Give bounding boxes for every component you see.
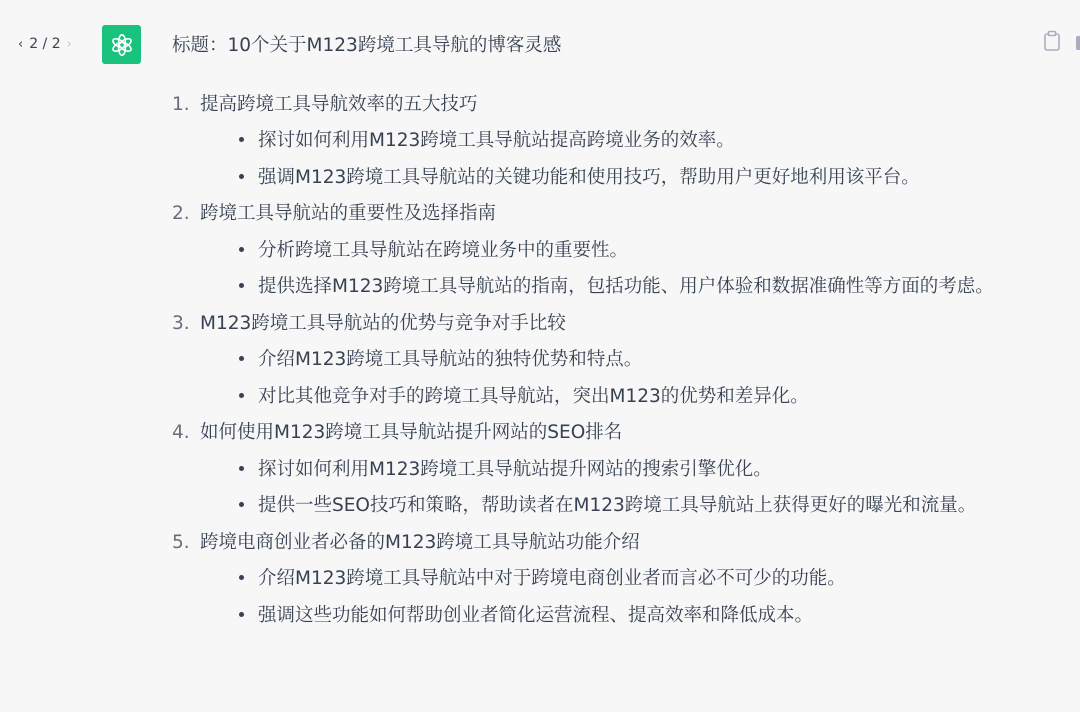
topic-number: 2. bbox=[172, 196, 190, 233]
topic-points: 探讨如何利用M123跨境工具导航站提升网站的搜索引擎优化。 提供一些SEO技巧和… bbox=[200, 452, 1032, 525]
topic-point: 提供选择M123跨境工具导航站的指南，包括功能、用户体验和数据准确性等方面的考虑… bbox=[230, 269, 1032, 306]
topic-item: 4. 如何使用M123跨境工具导航站提升网站的SEO排名 探讨如何利用M123跨… bbox=[172, 415, 1032, 525]
topic-heading: 如何使用M123跨境工具导航站提升网站的SEO排名 bbox=[200, 415, 1032, 452]
topic-point: 提供一些SEO技巧和策略，帮助读者在M123跨境工具导航站上获得更好的曝光和流量… bbox=[230, 488, 1032, 525]
topic-points: 介绍M123跨境工具导航站的独特优势和特点。 对比其他竞争对手的跨境工具导航站，… bbox=[200, 342, 1032, 415]
topic-item: 2. 跨境工具导航站的重要性及选择指南 分析跨境工具导航站在跨境业务中的重要性。… bbox=[172, 196, 1032, 306]
topic-point: 强调这些功能如何帮助创业者简化运营流程、提高效率和降低成本。 bbox=[230, 598, 1032, 635]
topic-heading: 跨境工具导航站的重要性及选择指南 bbox=[200, 196, 1032, 233]
topic-item: 1. 提高跨境工具导航效率的五大技巧 探讨如何利用M123跨境工具导航站提高跨境… bbox=[172, 87, 1032, 197]
message-title: 标题：10个关于M123跨境工具导航的博客灵感 bbox=[172, 28, 1032, 65]
clipboard-icon bbox=[1042, 30, 1062, 52]
topic-point: 分析跨境工具导航站在跨境业务中的重要性。 bbox=[230, 233, 1032, 270]
topic-heading: 提高跨境工具导航效率的五大技巧 bbox=[200, 87, 1032, 124]
copy-button[interactable] bbox=[1042, 30, 1062, 52]
chevron-left-icon[interactable]: ‹ bbox=[18, 38, 23, 51]
topic-point: 强调M123跨境工具导航站的关键功能和使用技巧，帮助用户更好地利用该平台。 bbox=[230, 160, 1032, 197]
response-pager: ‹ 2 / 2 › bbox=[18, 36, 72, 52]
topic-item: 5. 跨境电商创业者必备的M123跨境工具导航站功能介绍 介绍M123跨境工具导… bbox=[172, 525, 1032, 635]
topic-point: 对比其他竞争对手的跨境工具导航站，突出M123的优势和差异化。 bbox=[230, 379, 1032, 416]
topic-heading: 跨境电商创业者必备的M123跨境工具导航站功能介绍 bbox=[200, 525, 1032, 562]
topic-point: 探讨如何利用M123跨境工具导航站提高跨境业务的效率。 bbox=[230, 123, 1032, 160]
topic-point: 介绍M123跨境工具导航站中对于跨境电商创业者而言必不可少的功能。 bbox=[230, 561, 1032, 598]
chevron-right-icon[interactable]: › bbox=[67, 38, 72, 51]
topic-list: 1. 提高跨境工具导航效率的五大技巧 探讨如何利用M123跨境工具导航站提高跨境… bbox=[172, 87, 1032, 635]
topic-number: 5. bbox=[172, 525, 190, 562]
topic-points: 探讨如何利用M123跨境工具导航站提高跨境业务的效率。 强调M123跨境工具导航… bbox=[200, 123, 1032, 196]
topic-points: 介绍M123跨境工具导航站中对于跨境电商创业者而言必不可少的功能。 强调这些功能… bbox=[200, 561, 1032, 634]
topic-number: 1. bbox=[172, 87, 190, 124]
thumbs-feedback-button-partial[interactable] bbox=[1076, 36, 1080, 50]
topic-item: 3. M123跨境工具导航站的优势与竞争对手比较 介绍M123跨境工具导航站的独… bbox=[172, 306, 1032, 416]
topic-point: 介绍M123跨境工具导航站的独特优势和特点。 bbox=[230, 342, 1032, 379]
topic-point: 探讨如何利用M123跨境工具导航站提升网站的搜索引擎优化。 bbox=[230, 452, 1032, 489]
pager-label: 2 / 2 bbox=[29, 36, 60, 52]
topic-heading: M123跨境工具导航站的优势与竞争对手比较 bbox=[200, 306, 1032, 343]
assistant-avatar bbox=[102, 25, 141, 64]
topic-number: 3. bbox=[172, 306, 190, 343]
topic-points: 分析跨境工具导航站在跨境业务中的重要性。 提供选择M123跨境工具导航站的指南，… bbox=[200, 233, 1032, 306]
assistant-message: 标题：10个关于M123跨境工具导航的博客灵感 1. 提高跨境工具导航效率的五大… bbox=[172, 28, 1032, 634]
openai-logo-icon bbox=[109, 32, 135, 58]
topic-number: 4. bbox=[172, 415, 190, 452]
